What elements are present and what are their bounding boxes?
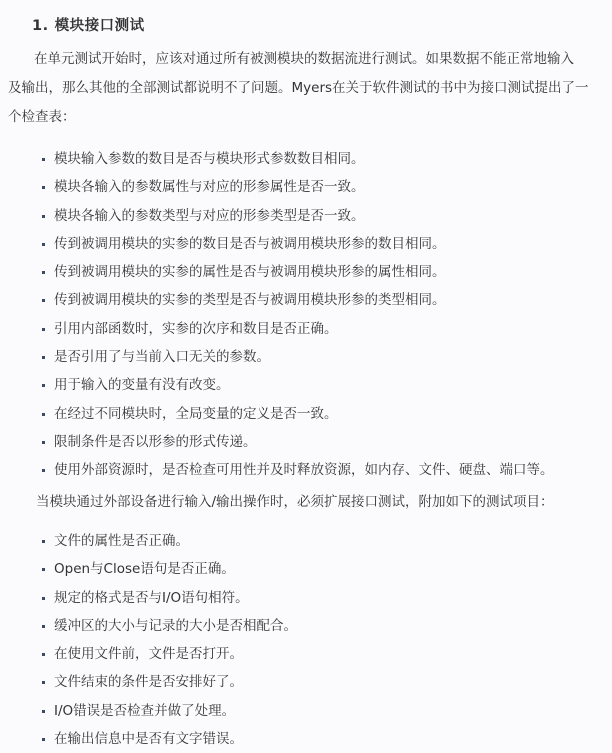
- list-item-text: 传到被调用模块的实参的属性是否与被调用模块形参的属性相同。: [54, 264, 446, 280]
- bullet-icon: [42, 299, 45, 302]
- list-item-text: 引用内部函数时，实参的次序和数目是否正确。: [54, 321, 338, 337]
- section-heading: 1.模块接口测试: [32, 14, 145, 35]
- intro-paragraph: 在单元测试开始时，应该对通过所有被测模块的数据流进行测试。如果数据不能正常地输入…: [8, 45, 604, 132]
- bullet-icon: [42, 186, 45, 189]
- list-item-text: 使用外部资源时，是否检查可用性并及时释放资源，如内存、文件、硬盘、端口等。: [54, 462, 554, 478]
- list-item-text: 在输出信息中是否有文字错误。: [54, 731, 243, 747]
- list-item: 是否引用了与当前入口无关的参数。: [40, 343, 554, 371]
- list-item: 模块各输入的参数类型与对应的形参类型是否一致。: [40, 202, 554, 230]
- section-number: 1.: [32, 18, 49, 34]
- bullet-icon: [42, 215, 45, 218]
- bullet-icon: [42, 413, 45, 416]
- list-item: 传到被调用模块的实参的数目是否与被调用模块形参的数目相同。: [40, 230, 554, 258]
- list-item-text: 是否引用了与当前入口无关的参数。: [54, 349, 270, 365]
- list-item-text: 限制条件是否以形参的形式传递。: [54, 434, 257, 450]
- bullet-icon: [42, 441, 45, 444]
- list-item: 在经过不同模块时，全局变量的定义是否一致。: [40, 400, 554, 428]
- list-item-text: I/O错误是否检查并做了处理。: [54, 703, 235, 719]
- bullet-icon: [42, 597, 45, 600]
- list-item: 模块输入参数的数目是否与模块形式参数数目相同。: [40, 145, 554, 173]
- interface-checklist: 模块输入参数的数目是否与模块形式参数数目相同。 模块各输入的参数属性与对应的形参…: [40, 145, 554, 485]
- bullet-icon: [42, 271, 45, 274]
- list-item: 限制条件是否以形参的形式传递。: [40, 428, 554, 456]
- list-item: I/O错误是否检查并做了处理。: [40, 697, 297, 725]
- list-item: 文件结束的条件是否安排好了。: [40, 668, 297, 696]
- list-item-text: 模块各输入的参数属性与对应的形参属性是否一致。: [54, 179, 365, 195]
- list-item-text: 缓冲区的大小与记录的大小是否相配合。: [54, 618, 297, 634]
- list-item: 文件的属性是否正确。: [40, 527, 297, 555]
- list-item: 引用内部函数时，实参的次序和数目是否正确。: [40, 315, 554, 343]
- list-item: 传到被调用模块的实参的类型是否与被调用模块形参的类型相同。: [40, 286, 554, 314]
- list-item-text: 在经过不同模块时，全局变量的定义是否一致。: [54, 406, 338, 422]
- list-item-text: 在使用文件前，文件是否打开。: [54, 646, 243, 662]
- list-item-text: 用于输入的变量有没有改变。: [54, 377, 230, 393]
- bullet-icon: [42, 625, 45, 628]
- bullet-icon: [42, 540, 45, 543]
- list-item-text: 规定的格式是否与I/O语句相符。: [54, 590, 249, 606]
- intro-line-3: 个检查表：: [8, 103, 604, 132]
- bullet-icon: [42, 328, 45, 331]
- list-item-text: 文件结束的条件是否安排好了。: [54, 674, 243, 690]
- list-item: 使用外部资源时，是否检查可用性并及时释放资源，如内存、文件、硬盘、端口等。: [40, 456, 554, 484]
- bullet-icon: [42, 738, 45, 741]
- list-item: 模块各输入的参数属性与对应的形参属性是否一致。: [40, 173, 554, 201]
- list-item: 规定的格式是否与I/O语句相符。: [40, 584, 297, 612]
- bullet-icon: [42, 710, 45, 713]
- bullet-icon: [42, 356, 45, 359]
- list-item: 在使用文件前，文件是否打开。: [40, 640, 297, 668]
- document: 1.模块接口测试 在单元测试开始时，应该对通过所有被测模块的数据流进行测试。如果…: [0, 0, 612, 753]
- list-item: 在输出信息中是否有文字错误。: [40, 725, 297, 753]
- bullet-icon: [42, 243, 45, 246]
- list-item-text: 传到被调用模块的实参的数目是否与被调用模块形参的数目相同。: [54, 236, 446, 252]
- list-item: Open与Close语句是否正确。: [40, 555, 297, 583]
- list-item: 用于输入的变量有没有改变。: [40, 371, 554, 399]
- list-item-text: Open与Close语句是否正确。: [54, 561, 235, 577]
- io-paragraph: 当模块通过外部设备进行输入/输出操作时，必须扩展接口测试，附加如下的测试项目：: [36, 488, 612, 517]
- intro-line-1: 在单元测试开始时，应该对通过所有被测模块的数据流进行测试。如果数据不能正常地输入: [8, 45, 604, 74]
- list-item-text: 模块各输入的参数类型与对应的形参类型是否一致。: [54, 208, 365, 224]
- section-title-text: 模块接口测试: [55, 18, 145, 34]
- bullet-icon: [42, 469, 45, 472]
- intro-line-2: 及输出，那么其他的全部测试都说明不了问题。Myers在关于软件测试的书中为接口测…: [8, 74, 604, 103]
- list-item-text: 传到被调用模块的实参的类型是否与被调用模块形参的类型相同。: [54, 292, 446, 308]
- list-item-text: 文件的属性是否正确。: [54, 533, 189, 549]
- bullet-icon: [42, 568, 45, 571]
- list-item-text: 模块输入参数的数目是否与模块形式参数数目相同。: [54, 151, 365, 167]
- list-item: 传到被调用模块的实参的属性是否与被调用模块形参的属性相同。: [40, 258, 554, 286]
- bullet-icon: [42, 384, 45, 387]
- list-item: 缓冲区的大小与记录的大小是否相配合。: [40, 612, 297, 640]
- io-checklist: 文件的属性是否正确。 Open与Close语句是否正确。 规定的格式是否与I/O…: [40, 527, 297, 753]
- bullet-icon: [42, 653, 45, 656]
- bullet-icon: [42, 681, 45, 684]
- bullet-icon: [42, 158, 45, 161]
